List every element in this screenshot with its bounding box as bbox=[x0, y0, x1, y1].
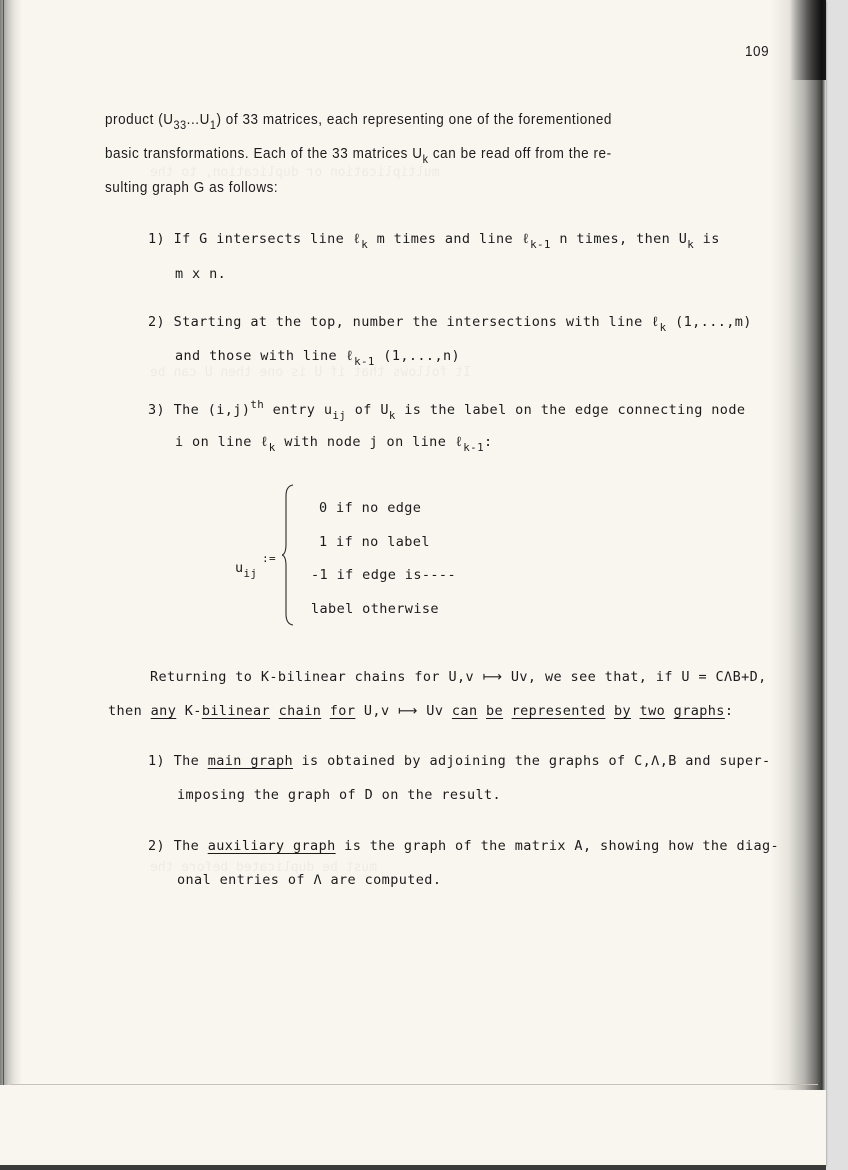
definition-lhs: uij bbox=[235, 560, 257, 580]
definition-case: label otherwise bbox=[311, 601, 439, 617]
underlined-word: two bbox=[640, 703, 666, 719]
definition-case: 1 if no label bbox=[319, 534, 430, 550]
underlined-word: any bbox=[151, 703, 177, 719]
page-bottom-edge bbox=[10, 1084, 818, 1085]
underlined-word: represented bbox=[512, 703, 606, 719]
word: : bbox=[725, 703, 734, 719]
paragraph-line: then any K-bilinear chain for U,v ⟼ Uv c… bbox=[108, 703, 733, 719]
paragraph-line: sulting graph G as follows: bbox=[105, 180, 278, 196]
underlined-word: can bbox=[452, 703, 478, 719]
page-right-binding-shadow bbox=[770, 0, 826, 1090]
bleed-through-text: multiplication or duplication, to the bbox=[150, 165, 440, 180]
rule-item-3: 3) The (i,j)th entry uij of Uk is the la… bbox=[148, 398, 745, 422]
term-auxiliary-graph: auxiliary graph bbox=[208, 838, 336, 854]
graph-item-auxiliary-continuation: onal entries of Λ are computed. bbox=[177, 872, 441, 888]
definition-case: -1 if edge is---- bbox=[311, 567, 456, 583]
graph-item-main: 1) The main graph is obtained by adjoini… bbox=[148, 753, 771, 769]
graph-item-auxiliary: 2) The auxiliary graph is the graph of t… bbox=[148, 838, 779, 854]
underlined-word: bilinear bbox=[202, 703, 270, 719]
word: then bbox=[108, 703, 142, 719]
rule-item-1-continuation: m x n. bbox=[175, 266, 226, 282]
page-left-binding-shadow bbox=[0, 0, 22, 1085]
page-number: 109 bbox=[745, 44, 769, 60]
underlined-word: be bbox=[486, 703, 503, 719]
underlined-word: graphs bbox=[674, 703, 725, 719]
underlined-word: chain bbox=[279, 703, 322, 719]
underlined-word: for bbox=[330, 703, 356, 719]
rule-item-2-continuation: and those with line ℓk-1 (1,...,n) bbox=[175, 348, 460, 368]
paragraph-line: product (U33...U1) of 33 matrices, each … bbox=[105, 112, 612, 132]
graph-item-main-continuation: imposing the graph of D on the result. bbox=[177, 787, 501, 803]
definition-case: 0 if no edge bbox=[319, 500, 421, 516]
underlined-word: by bbox=[614, 703, 631, 719]
rule-item-1: 1) If G intersects line ℓk m times and l… bbox=[148, 231, 720, 251]
rule-item-2: 2) Starting at the top, number the inter… bbox=[148, 314, 752, 334]
definition-assign: := bbox=[262, 552, 276, 565]
paragraph-line: basic transformations. Each of the 33 ma… bbox=[105, 146, 612, 166]
left-brace-icon bbox=[282, 484, 294, 626]
rule-item-3-continuation: i on line ℓk with node j on line ℓk-1: bbox=[175, 434, 493, 454]
word: K- bbox=[185, 703, 202, 719]
document-page: multiplication or duplication, to the It… bbox=[0, 0, 826, 1165]
term-main-graph: main graph bbox=[208, 753, 293, 769]
scan-bottom-border bbox=[0, 1165, 826, 1170]
paragraph-line: Returning to K-bilinear chains for U,v ⟼… bbox=[150, 669, 767, 685]
word: U,v ⟼ Uv bbox=[364, 703, 443, 719]
